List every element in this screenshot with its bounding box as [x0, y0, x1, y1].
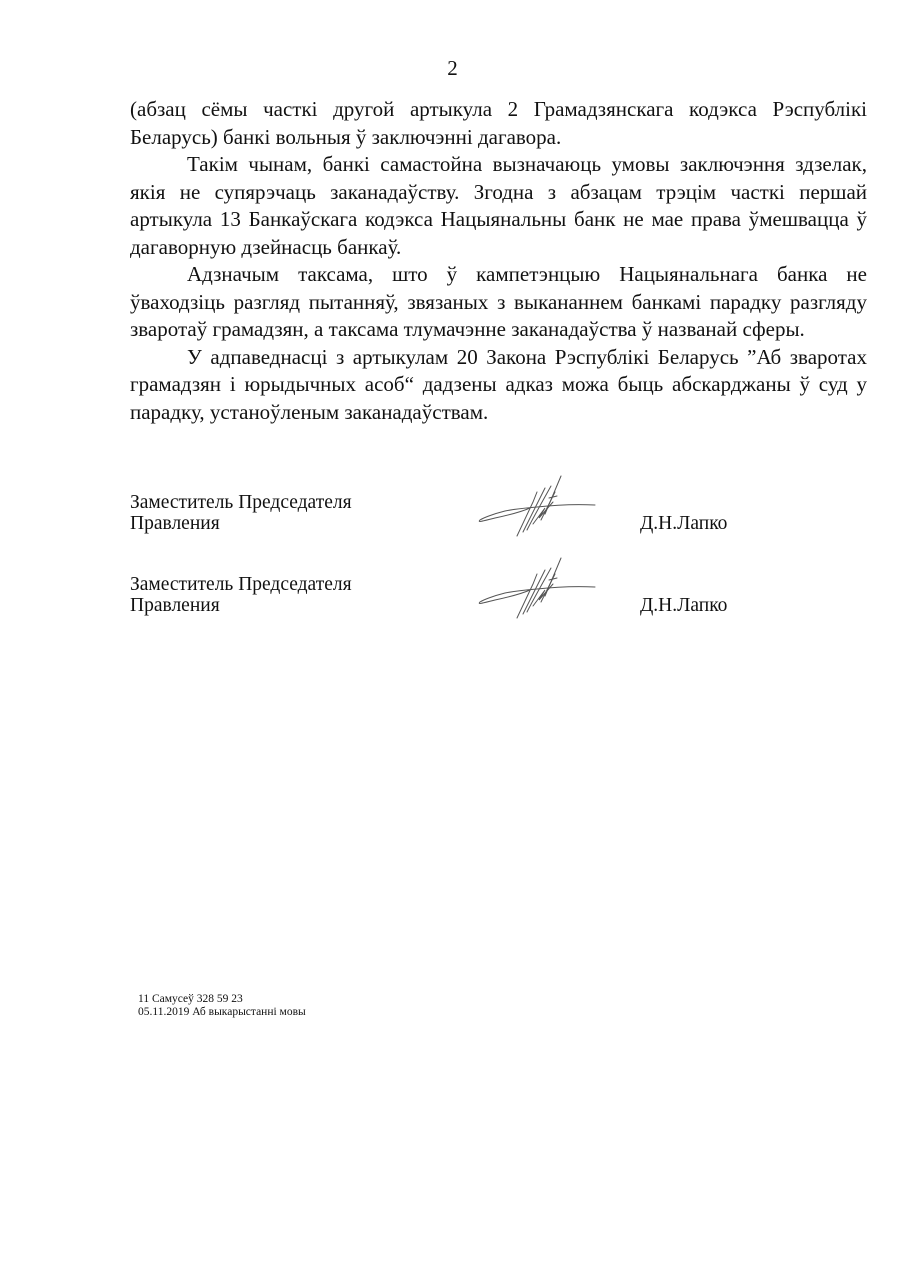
signatory-title-line1: Заместитель Председателя — [130, 574, 352, 595]
executor-contact: 11 Самусеў 328 59 23 — [138, 993, 306, 1006]
signature-block-2: Заместитель Председателя Правления Д.Н.Л… — [130, 574, 770, 634]
paragraph-4: У адпаведнасці з артыкулам 20 Закона Рэс… — [130, 344, 867, 427]
signatory-name: Д.Н.Лапко — [640, 595, 727, 616]
paragraph-1: (абзац сёмы часткі другой артыкула 2 Гра… — [130, 96, 867, 151]
signature-icon — [475, 556, 605, 626]
page-number: 2 — [0, 56, 905, 80]
letter-body: (абзац сёмы часткі другой артыкула 2 Гра… — [130, 96, 867, 426]
document-reference: 05.11.2019 Аб выкарыстанні мовы — [138, 1006, 306, 1019]
signatory-title: Заместитель Председателя Правления — [130, 574, 352, 616]
signatory-name: Д.Н.Лапко — [640, 513, 727, 534]
signature-icon — [475, 474, 605, 544]
signatory-title-line2: Правления — [130, 513, 352, 534]
signature-block-1: Заместитель Председателя Правления Д.Н.Л… — [130, 492, 770, 552]
executor-note: 11 Самусеў 328 59 23 05.11.2019 Аб выкар… — [138, 993, 306, 1018]
signatory-title: Заместитель Председателя Правления — [130, 492, 352, 534]
signatory-title-line2: Правления — [130, 595, 352, 616]
paragraph-3: Адзначым таксама, што ў кампетэнцыю Нацы… — [130, 261, 867, 344]
paragraph-2: Такім чынам, банкі самастойна вызначаюць… — [130, 151, 867, 261]
signatory-title-line1: Заместитель Председателя — [130, 492, 352, 513]
